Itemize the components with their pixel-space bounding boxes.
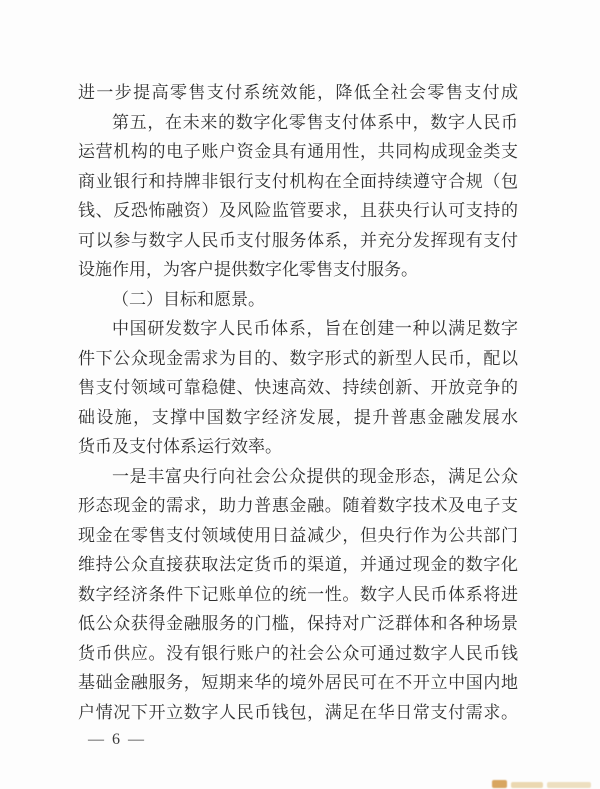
- doc-line: 进一步提高零售支付系统效能，降低全社会零售支付成本。: [78, 78, 518, 108]
- doc-line: 一是丰富央行向社会公众提供的现金形态，满足公众对数字: [78, 462, 518, 492]
- page-number: — 6 —: [88, 731, 146, 749]
- doc-line: 钱、反恐怖融资）及风险监管要求，且获央行认可支持的情况下，: [78, 196, 518, 226]
- doc-line: 商业银行和持牌非银行支付机构在全面持续遵守合规（包括反洗: [78, 167, 518, 197]
- doc-line: 形态现金的需求，助力普惠金融。随着数字技术及电子支付发展，: [78, 491, 518, 521]
- watermark-fragment: [547, 782, 591, 788]
- doc-line: 设施作用，为客户提供数字化零售支付服务。: [78, 255, 518, 285]
- watermark-fragment: [492, 780, 507, 788]
- doc-line: 中国研发数字人民币体系，旨在创建一种以满足数字经济条: [78, 314, 518, 344]
- doc-line: 基础金融服务，短期来华的境外居民可在不开立中国内地银行账: [78, 668, 518, 698]
- doc-line: 数字经济条件下记账单位的统一性。数字人民币体系将进一步降: [78, 580, 518, 610]
- doc-line: 础设施，支撑中国数字经济发展，提升普惠金融发展水平，提高: [78, 403, 518, 433]
- doc-line: 第五，在未来的数字化零售支付体系中，数字人民币和指定: [78, 108, 518, 138]
- doc-line: 可以参与数字人民币支付服务体系，并充分发挥现有支付等基础: [78, 226, 518, 256]
- doc-line: 货币及支付体系运行效率。: [78, 432, 518, 462]
- document-body: 进一步提高零售支付系统效能，降低全社会零售支付成本。 第五，在未来的数字化零售支…: [78, 78, 518, 727]
- watermark-cropped: [492, 780, 594, 789]
- doc-line: 件下公众现金需求为目的、数字形式的新型人民币，配以支持零: [78, 344, 518, 374]
- doc-line: 售支付领域可靠稳健、快速高效、持续创新、开放竞争的金融基: [78, 373, 518, 403]
- watermark-fragment: [511, 782, 543, 788]
- document-page: 进一步提高零售支付系统效能，降低全社会零售支付成本。 第五，在未来的数字化零售支…: [0, 0, 600, 789]
- doc-line: 现金在零售支付领域使用日益减少，但央行作为公共部门有义务: [78, 521, 518, 551]
- doc-line: 货币供应。没有银行账户的社会公众可通过数字人民币钱包享受: [78, 639, 518, 669]
- doc-line: 户情况下开立数字人民币钱包，满足在华日常支付需求。数字人: [78, 698, 518, 728]
- doc-line: 运营机构的电子账户资金具有通用性，共同构成现金类支付工具。: [78, 137, 518, 167]
- doc-line: 维持公众直接获取法定货币的渠道，并通过现金的数字化来保障: [78, 550, 518, 580]
- doc-section-heading: （二）目标和愿景。: [78, 285, 518, 315]
- doc-line: 低公众获得金融服务的门槛，保持对广泛群体和各种场景的法定: [78, 609, 518, 639]
